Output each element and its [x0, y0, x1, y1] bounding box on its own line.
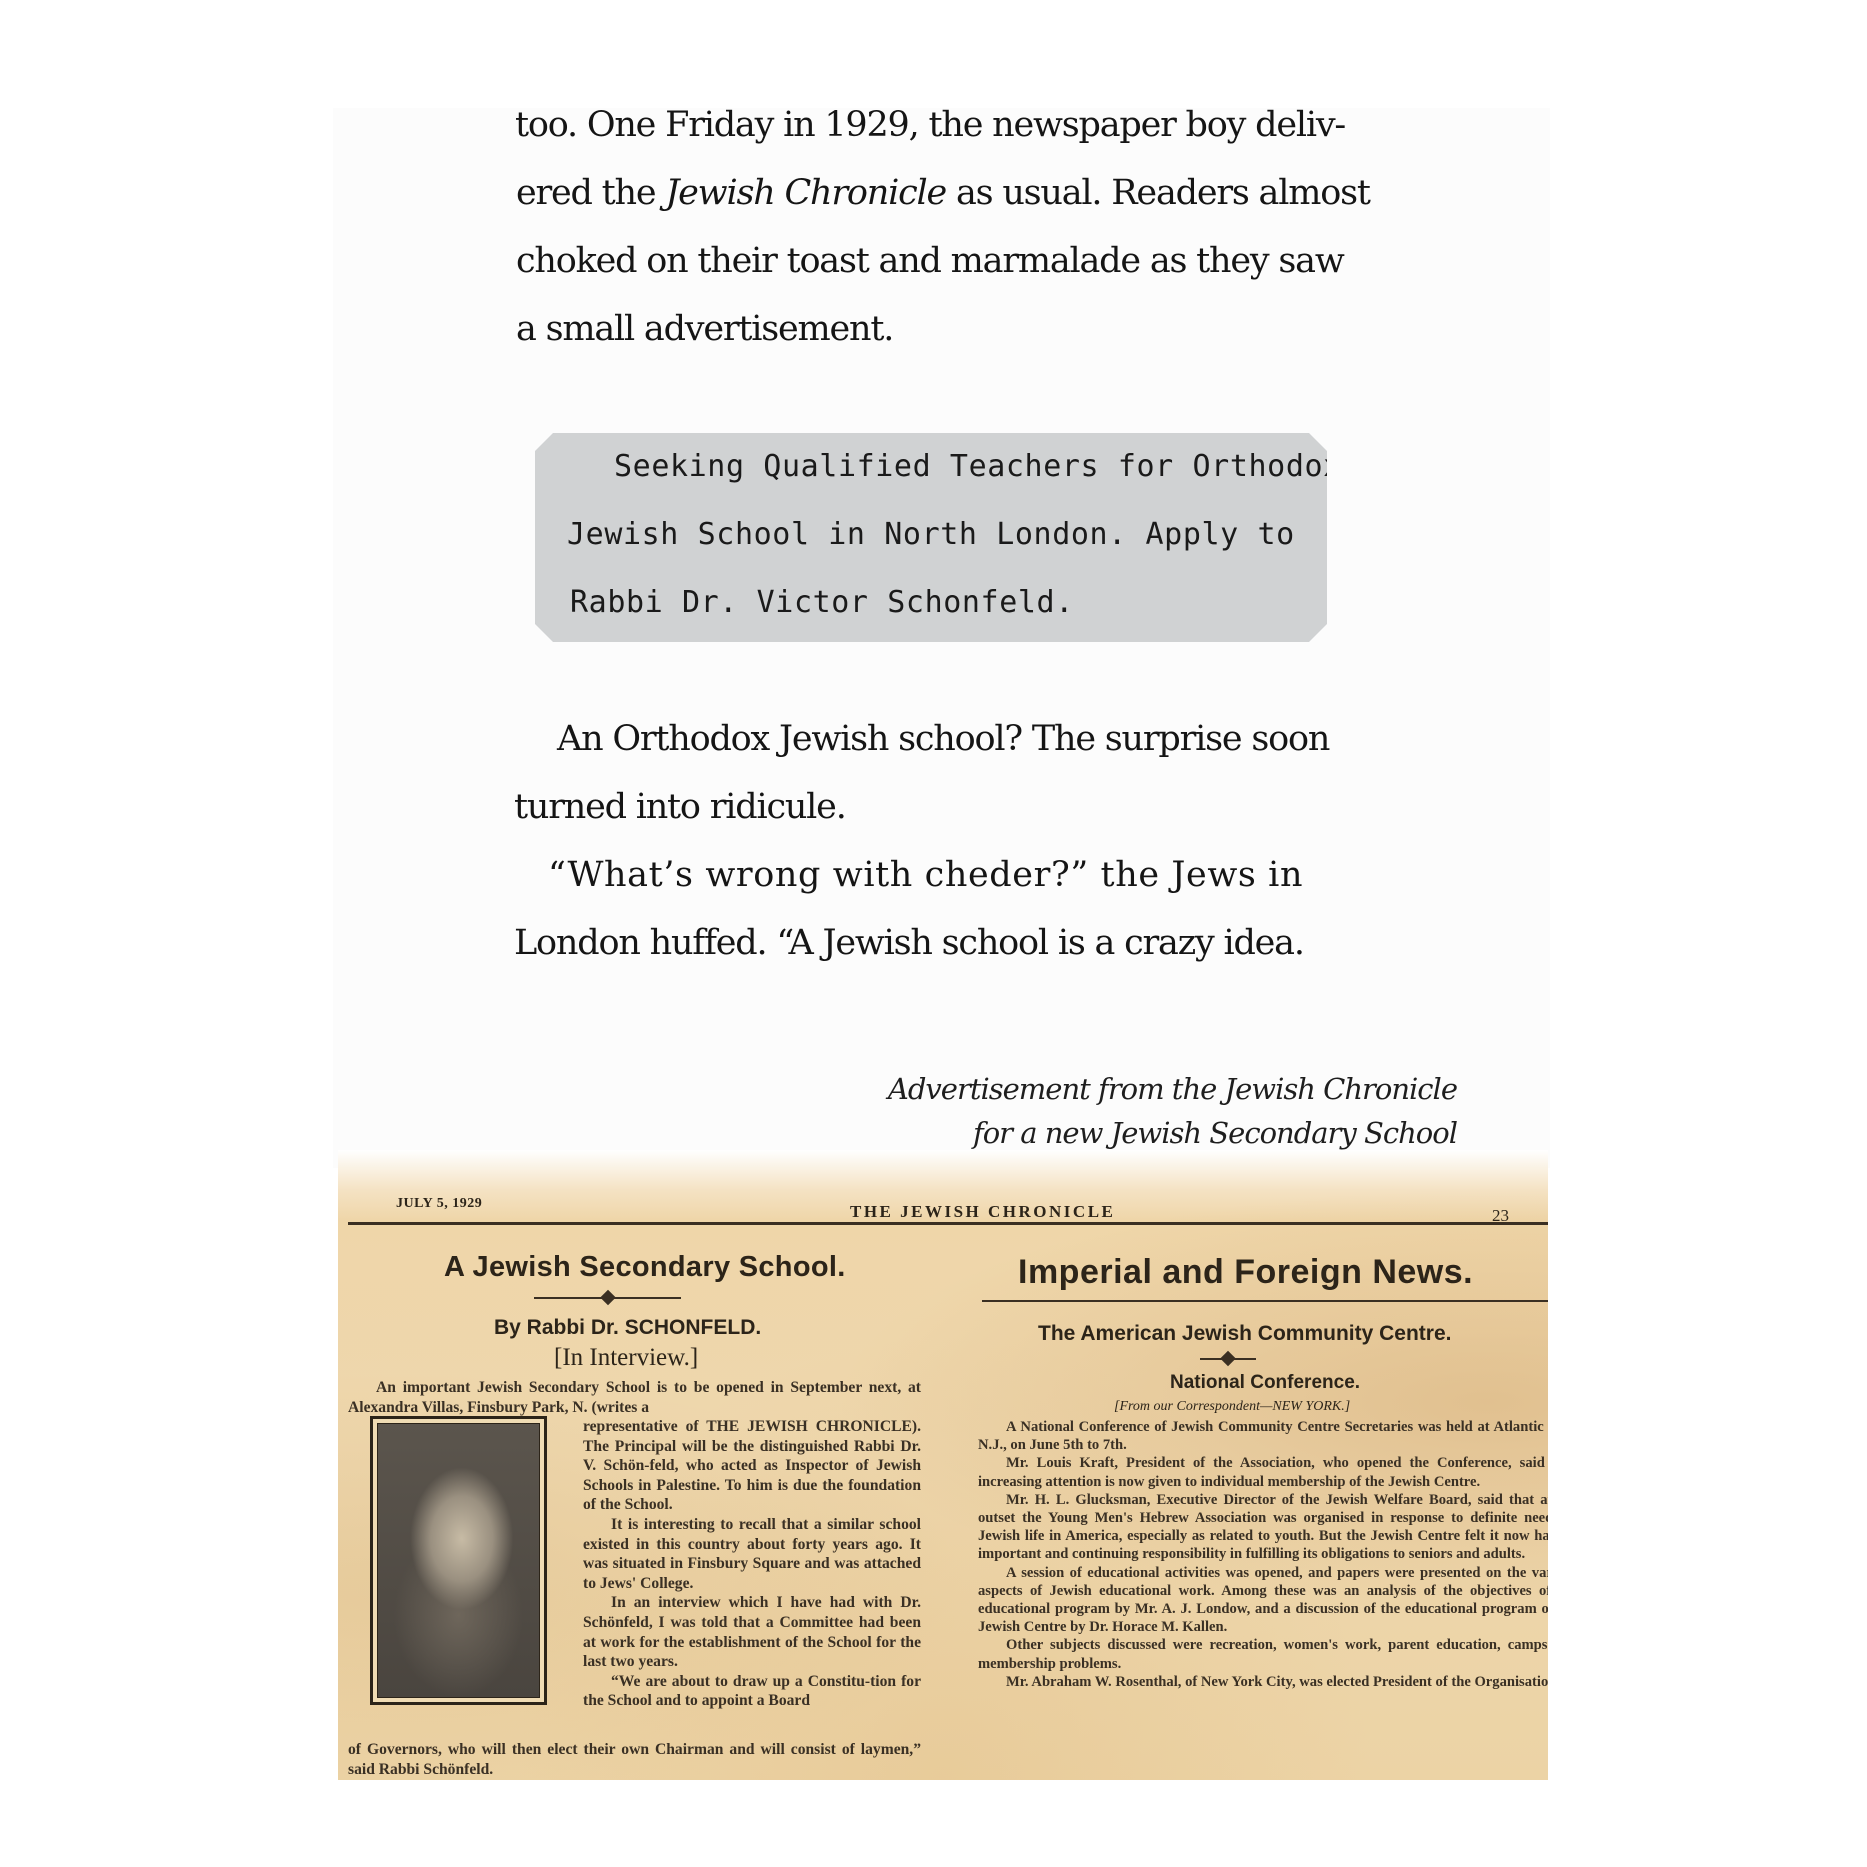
- ad-line: Seeking Qualified Teachers for Orthodox: [614, 449, 1342, 484]
- text-line: too. One Friday in 1929, the newspaper b…: [515, 108, 1345, 143]
- text-line: ered the Jewish Chronicle as usual. Read…: [516, 176, 1370, 211]
- article-dateline: [From our Correspondent—NEW YORK.]: [1114, 1399, 1350, 1415]
- article-section: National Conference.: [1170, 1372, 1360, 1394]
- portrait-photo: [370, 1416, 547, 1705]
- newspaper-masthead: THE JEWISH CHRONICLE: [850, 1202, 1115, 1222]
- article-body-beside-photo: representative of THE JEWISH CHRONICLE).…: [583, 1417, 921, 1711]
- text-line: choked on their toast and marmalade as t…: [516, 244, 1344, 279]
- newspaper-clipping: JULY 5, 1929 THE JEWISH CHRONICLE 23 A J…: [338, 1150, 1548, 1780]
- text-line: London huffed. “A Jewish school is a cra…: [514, 926, 1304, 961]
- caption-line: for a new Jewish Secondary School: [973, 1116, 1457, 1150]
- masthead-rule: [348, 1222, 1548, 1225]
- publication-title: Jewish Chronicle: [665, 173, 946, 213]
- article-byline: By Rabbi Dr. SCHONFELD.: [494, 1316, 761, 1340]
- ornament-divider: [1200, 1358, 1256, 1360]
- section-headline: Imperial and Foreign News.: [1018, 1253, 1473, 1292]
- advertisement-box: Seeking Qualified Teachers for Orthodox …: [535, 433, 1327, 642]
- ad-line: Rabbi Dr. Victor Schonfeld.: [570, 585, 1074, 620]
- text-line: a small advertisement.: [516, 312, 893, 347]
- text-line: “What’s wrong with cheder?” the Jews in: [548, 858, 1303, 893]
- text-line: An Orthodox Jewish school? The surprise …: [557, 722, 1329, 757]
- article-headline: A Jewish Secondary School.: [444, 1251, 846, 1284]
- article-body-after-photo: of Governors, who will then elect their …: [348, 1740, 921, 1779]
- caption-line: Advertisement from the Jewish Chronicle: [888, 1072, 1457, 1106]
- newspaper-date: JULY 5, 1929: [396, 1196, 482, 1212]
- article-body: A National Conference of Jewish Communit…: [978, 1418, 1548, 1691]
- ad-line: Jewish School in North London. Apply to: [567, 517, 1295, 552]
- portrait-image: [377, 1423, 540, 1698]
- article-intro: An important Jewish Secondary School is …: [348, 1378, 921, 1417]
- section-rule: [982, 1300, 1548, 1302]
- article-subhead: The American Jewish Community Centre.: [1038, 1322, 1452, 1346]
- text-line: turned into ridicule.: [514, 790, 846, 825]
- ornament-divider: [534, 1297, 681, 1299]
- article-subtitle: [In Interview.]: [554, 1344, 698, 1372]
